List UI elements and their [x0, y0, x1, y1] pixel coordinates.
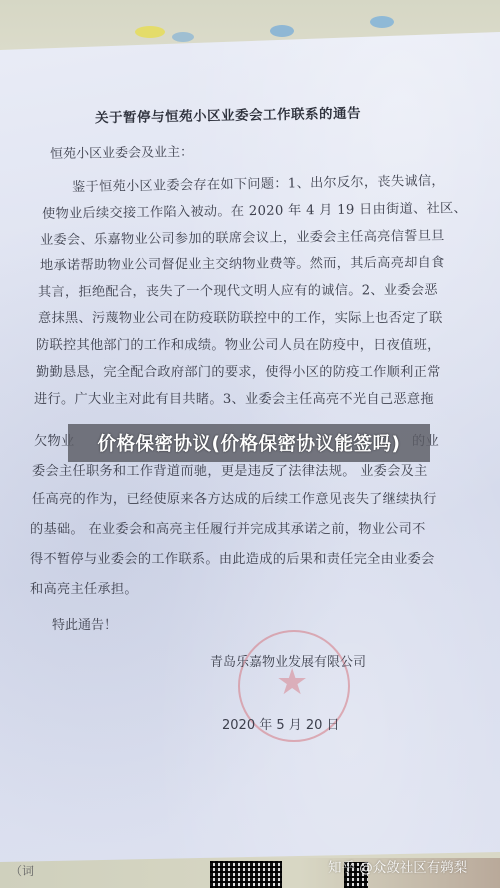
body-line: 的基础。 在业委会和高亮主任履行并完成其承诺之前，物业公司不	[30, 518, 426, 537]
title-overlay-banner: 价格保密协议(价格保密协议能签吗)	[68, 424, 430, 462]
salutation: 恒苑小区业委会及业主：	[50, 141, 193, 162]
body-line: 意抹黑、污蔑物业公司在防疫联防联控中的工作，实际上也否定了联	[38, 307, 443, 326]
closing-statement: 特此通告！	[52, 614, 117, 633]
overlay-title: 价格保密协议(价格保密协议能签吗)	[98, 430, 401, 456]
body-line: 任高亮的作为，已经使原来各方达成的后续工作意见丧失了继续执行	[32, 488, 437, 507]
body-line: 防联控其他部门的工作和成绩。物业公司人员在防疫中，日夜值班，	[36, 334, 441, 353]
body-line: 地承诺帮助物业公司督促业主交纳物业费等。然而，其后高亮却自食	[40, 252, 445, 274]
body-line: 得不暂停与业委会的工作联系。由此造成的后果和责任完全由业委会	[30, 548, 435, 567]
body-line: 和高亮主任承担。	[30, 578, 138, 597]
body-line: 使物业后续交接工作陷入被动。在 2020 年 4 月 19 日由街道、社区、	[42, 197, 467, 222]
body-line: 委会主任职务和工作背道而驰，更是违反了法律法规。 业委会及主	[32, 460, 428, 479]
body-line: 业委会、乐嘉物业公司参加的联席会议上，业委会主任高亮信誓旦旦	[40, 225, 445, 248]
body-line: 进行。广大业主对此有目共睹。3、业委会主任高亮不光自己恶意拖	[34, 388, 434, 407]
signature-company: 青岛乐嘉物业发展有限公司	[210, 651, 366, 670]
signature-date: 2020 年 5 月 20 日	[222, 714, 340, 733]
body-line: 鉴于恒苑小区业委会存在如下问题：1、出尔反尔，丧失诚信，	[72, 170, 445, 196]
document-title: 关于暂停与恒苑小区业委会工作联系的通告	[95, 102, 361, 127]
body-line: 其言，拒绝配合，丧失了一个现代文明人应有的诚信。2、业委会恶	[38, 279, 438, 300]
body-line: 勤勤恳恳，完全配合政府部门的要求，使得小区的防疫工作顺利正常	[36, 361, 441, 380]
zhihu-watermark: 知乎 @众敛社区有鹈梨	[328, 856, 467, 876]
